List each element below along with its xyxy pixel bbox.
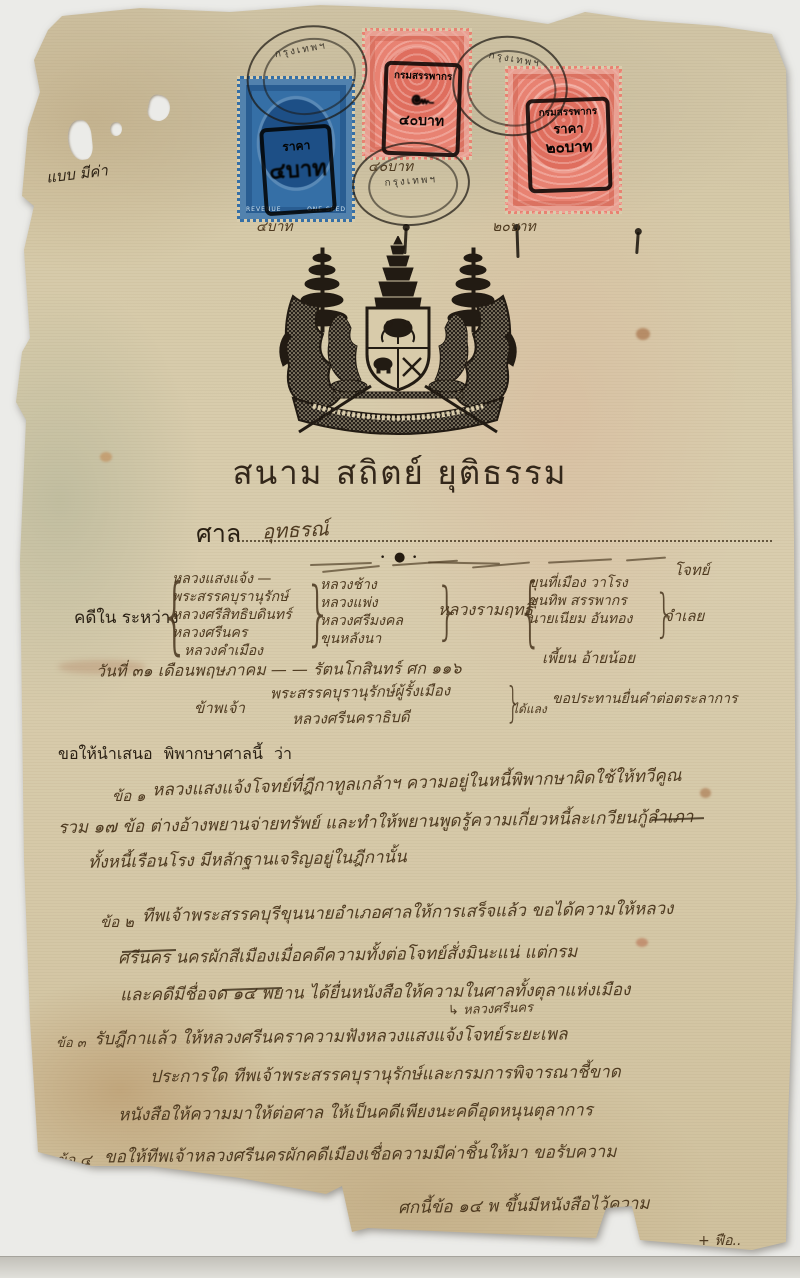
- underlying-page-edge: [0, 1256, 800, 1278]
- interlinear-insertion: ↳ หลวงศรีนคร: [448, 997, 534, 1021]
- defendant-name-group: ขุนที่เมือง วาโรง ขุนทิพ สรรพากร นายเนีย…: [528, 574, 632, 628]
- ink-flourish: [626, 557, 666, 562]
- overprint-value: ๔๐บาท: [386, 113, 456, 129]
- black-overprint: ราคา ๔บาท: [259, 124, 337, 217]
- ink-stroke: [635, 232, 640, 254]
- submit-line: ขอให้นำเสนอ พิพากษาศาลนี้ ว่า: [58, 742, 292, 767]
- court-name-handwritten: อุทธรณ์: [261, 512, 329, 547]
- postmark-text: กรุงเทพฯ: [241, 33, 360, 68]
- plaintiff-label: โจทย์: [674, 558, 710, 582]
- clause-line: และคดีมีชื่อจด ๑๔ พยาน ได้ยื่นหนังสือให้…: [120, 975, 770, 1009]
- plaintiff-name-group-2: หลวงช้าง หลวงแพ่ง หลวงศรีมงคล ขุนหลังนา: [320, 576, 403, 648]
- clause-label: ข้อ ๑: [112, 784, 146, 808]
- document-title: สนาม สถิตย์ ยุติธรรม: [0, 446, 800, 499]
- clause-line: รวม ๑๗ ข้อ ต่างอ้างพยานจ่ายทรัพย์ และทำใ…: [58, 802, 768, 841]
- party-note-below: เพี้ยน อ้ายน้อย: [542, 646, 635, 670]
- margin-note: แบบ มีค่า: [45, 158, 109, 189]
- clause-line-fragment: ท่านพระ: [160, 1185, 219, 1212]
- overprint-label: กรมสรรพากร: [388, 71, 458, 83]
- party-name: พระสรรคบุรานุรักษ์: [172, 588, 292, 606]
- clause-line-fragment: ศกนี้ข้อ ๑๔ พ ขึ้นมีหนังสือไว้ความ: [398, 1190, 650, 1221]
- inserted-name: หลวงศรีนคร: [463, 1001, 533, 1018]
- overprint-value: ๔บาท: [265, 158, 330, 184]
- end-mark: + ฟือ..: [698, 1230, 741, 1252]
- royal-coat-of-arms: [253, 236, 543, 436]
- clause-label: ข้อ ๓: [56, 1032, 86, 1053]
- clause-line: ประการใด ทีพเจ้าพระสรรคบุรานุรักษ์และกรม…: [150, 1057, 770, 1090]
- petition-phrase: ขอประทานยื่นคำต่อตระลาการ: [552, 688, 738, 710]
- declarant-name: พระสรรคบุรานุรักษ์ผู้รั้งเมือง: [270, 678, 451, 705]
- scanned-document-page: { "margin_note": "แบบ มีค่า", "stamps": …: [0, 0, 800, 1278]
- court-label: ศาล: [196, 514, 241, 554]
- party-name: ขุนที่เมือง วาโรง: [528, 574, 632, 592]
- stamp-denomination-note: ๒๐บาท: [492, 216, 536, 238]
- overprint-value: ๒๐บาท: [531, 139, 607, 157]
- party-name: หลวงแพ่ง: [320, 594, 403, 612]
- paper-hole: [146, 93, 173, 123]
- plaintiff-name-group-1: หลวงแสงแจ้ง — พระสรรคบุรานุรักษ์ หลวงศรี…: [172, 570, 292, 660]
- divider-dot: •: [380, 553, 385, 563]
- clause-line: หนังสือให้ความมาให้ต่อศาล ให้เป็นคดีเพีย…: [118, 1095, 758, 1129]
- paper-hole: [110, 122, 122, 136]
- clause-label: ข้อ ๔: [56, 1148, 91, 1172]
- ink-flourish: [548, 558, 612, 563]
- declarant-label: ข้าพเจ้า: [194, 696, 245, 720]
- clause-line: ขอให้ทีพเจ้าหลวงศรีนครผักคดีเมืองเชื่อคว…: [104, 1137, 764, 1171]
- stamp-denomination-note: ๔๐บาท: [368, 156, 413, 178]
- paper-surface: แบบ มีค่า REVENUE ONE SEED ราคา ๔บาท กรม…: [0, 0, 800, 1278]
- party-name: ขุนทิพ สรรพากร: [528, 592, 632, 610]
- stamp-denomination-note: ๔บาท: [256, 216, 293, 238]
- postmark-text: กรุงเทพฯ: [458, 43, 571, 77]
- party-name: ขุนหลังนา: [320, 630, 403, 648]
- declarant-name: หลวงศรีนคราธิบดี: [292, 705, 410, 731]
- party-name: หลวงช้าง: [320, 576, 403, 594]
- party-name: หลวงศรีสิทธิบดินทร์: [172, 606, 292, 624]
- party-name: หลวงศรีมงคล: [320, 612, 403, 630]
- clause-line: รับฎีกาแล้ว ให้หลวงศรีนคราความฟังหลวงแสง…: [94, 1018, 764, 1052]
- declarant-aside: ได้แลง: [512, 700, 547, 719]
- caret-icon: ↳: [448, 1003, 464, 1019]
- party-name: หลวงแสงแจ้ง —: [172, 570, 292, 588]
- clause-label: ข้อ ๒: [100, 910, 134, 934]
- clause-line: ทั้งหนี้เรือนโรง มีหลักฐานเจริญอยู่ในฎีก…: [88, 843, 407, 876]
- clause-line: ศรีนคร นครผักสีเมืองเมื่อคดีความทั้งต่อโ…: [118, 935, 768, 971]
- defendant-label: จำเลย: [664, 604, 704, 628]
- party-name: หลวงศรีนคร: [172, 624, 292, 642]
- overprint-label: ราคา: [264, 138, 329, 154]
- rust-stain: [636, 328, 650, 340]
- divider-dot: •: [412, 553, 417, 563]
- clause-line: ทีพเจ้าพระสรรคบุรีขุนนายอำเภอศาลให้การเส…: [142, 894, 766, 930]
- aged-paper-sheet: แบบ มีค่า REVENUE ONE SEED ราคา ๔บาท กรม…: [0, 0, 800, 1278]
- rust-stain: [700, 788, 711, 798]
- party-name: นายเนียม อันทอง: [528, 610, 632, 628]
- paper-hole: [66, 119, 94, 161]
